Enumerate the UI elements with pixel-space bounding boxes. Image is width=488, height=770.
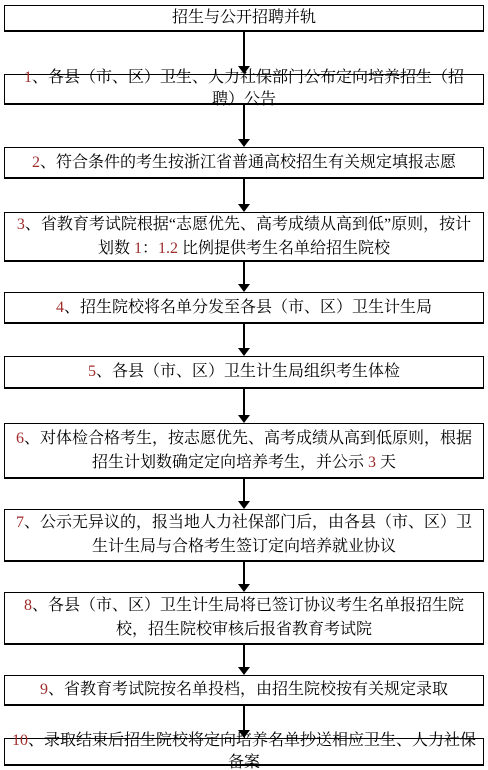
flow-step-8: 8、各县（市、区）卫生计生局将已签订协议考生名单报招生院校，招生院校审核后报省教…	[4, 592, 484, 645]
arrow-down-icon	[238, 284, 250, 292]
arrow-line	[243, 105, 245, 139]
flow-step-3: 3、省教育考试院根据“志愿优先、高考成绩从高到低”原则，按计划数 1：1.2 比…	[4, 212, 484, 262]
arrow-down-icon	[238, 204, 250, 212]
flow-connector	[0, 389, 488, 423]
flow-connector	[0, 562, 488, 592]
flow-step-9-label: 9、省教育考试院按名单投档，由招生院校按有关规定录取	[40, 679, 448, 701]
flow-step-5: 5、各县（市、区）卫生计生局组织考生体检	[4, 356, 484, 389]
flow-step-9: 9、省教育考试院按名单投档，由招生院校按有关规定录取	[4, 675, 484, 706]
arrow-down-icon	[238, 584, 250, 592]
arrow-line	[243, 32, 245, 66]
arrow-down-icon	[238, 415, 250, 423]
arrow-down-icon	[238, 348, 250, 356]
arrow-down-icon	[238, 139, 250, 147]
arrow-line	[243, 645, 245, 667]
flow-connector	[0, 179, 488, 212]
flow-step-6-label: 6、对体检合格考生，按志愿优先、高考成绩从高到低原则，根据招生计划数确定定向培养…	[12, 427, 476, 475]
flow-step-4: 4、招生院校将名单分发至各县（市、区）卫生计生局	[4, 292, 484, 324]
flow-connector	[0, 262, 488, 292]
arrow-line	[243, 479, 245, 501]
flow-step-10-label: 10、录取结束后招生院校将定向培养名单抄送相应卫生、人力社保备案	[12, 730, 476, 770]
flow-connector	[0, 479, 488, 509]
flow-step-10: 10、录取结束后招生院校将定向培养名单抄送相应卫生、人力社保备案	[4, 738, 484, 766]
flow-node-title: 招生与公开招聘并轨	[4, 5, 484, 32]
flow-step-4-label: 4、招生院校将名单分发至各县（市、区）卫生计生局	[56, 297, 432, 319]
arrow-line	[243, 262, 245, 284]
flow-step-1: 1、各县（市、区）卫生、人力社保部门公布定向培养招生（招聘）公告	[4, 74, 484, 105]
flowchart-page: 招生与公开招聘并轨 1、各县（市、区）卫生、人力社保部门公布定向培养招生（招聘）…	[0, 0, 488, 770]
flow-node-title-label: 招生与公开招聘并轨	[172, 7, 316, 29]
arrow-line	[243, 179, 245, 204]
arrow-line	[243, 562, 245, 584]
arrow-line	[243, 324, 245, 348]
flow-step-8-label: 8、各县（市、区）卫生计生局将已签订协议考生名单报招生院校，招生院校审核后报省教…	[12, 594, 476, 642]
arrow-line	[243, 706, 245, 730]
arrow-line	[243, 389, 245, 415]
arrow-down-icon	[238, 501, 250, 509]
flow-step-5-label: 5、各县（市、区）卫生计生局组织考生体检	[88, 361, 400, 383]
flow-step-2-label: 2、符合条件的考生按浙江省普通高校招生有关规定填报志愿	[32, 152, 456, 174]
flow-step-7: 7、公示无异议的，报当地人力社保部门后，由各县（市、区）卫生计生局与合格考生签订…	[4, 509, 484, 562]
flow-step-3-label: 3、省教育考试院根据“志愿优先、高考成绩从高到低”原则，按计划数 1：1.2 比…	[12, 213, 476, 261]
flow-connector	[0, 105, 488, 147]
flow-step-7-label: 7、公示无异议的，报当地人力社保部门后，由各县（市、区）卫生计生局与合格考生签订…	[12, 511, 476, 559]
arrow-down-icon	[238, 667, 250, 675]
flow-connector	[0, 324, 488, 356]
flow-step-2: 2、符合条件的考生按浙江省普通高校招生有关规定填报志愿	[4, 147, 484, 179]
flow-connector	[0, 645, 488, 675]
flow-step-6: 6、对体检合格考生，按志愿优先、高考成绩从高到低原则，根据招生计划数确定定向培养…	[4, 423, 484, 479]
